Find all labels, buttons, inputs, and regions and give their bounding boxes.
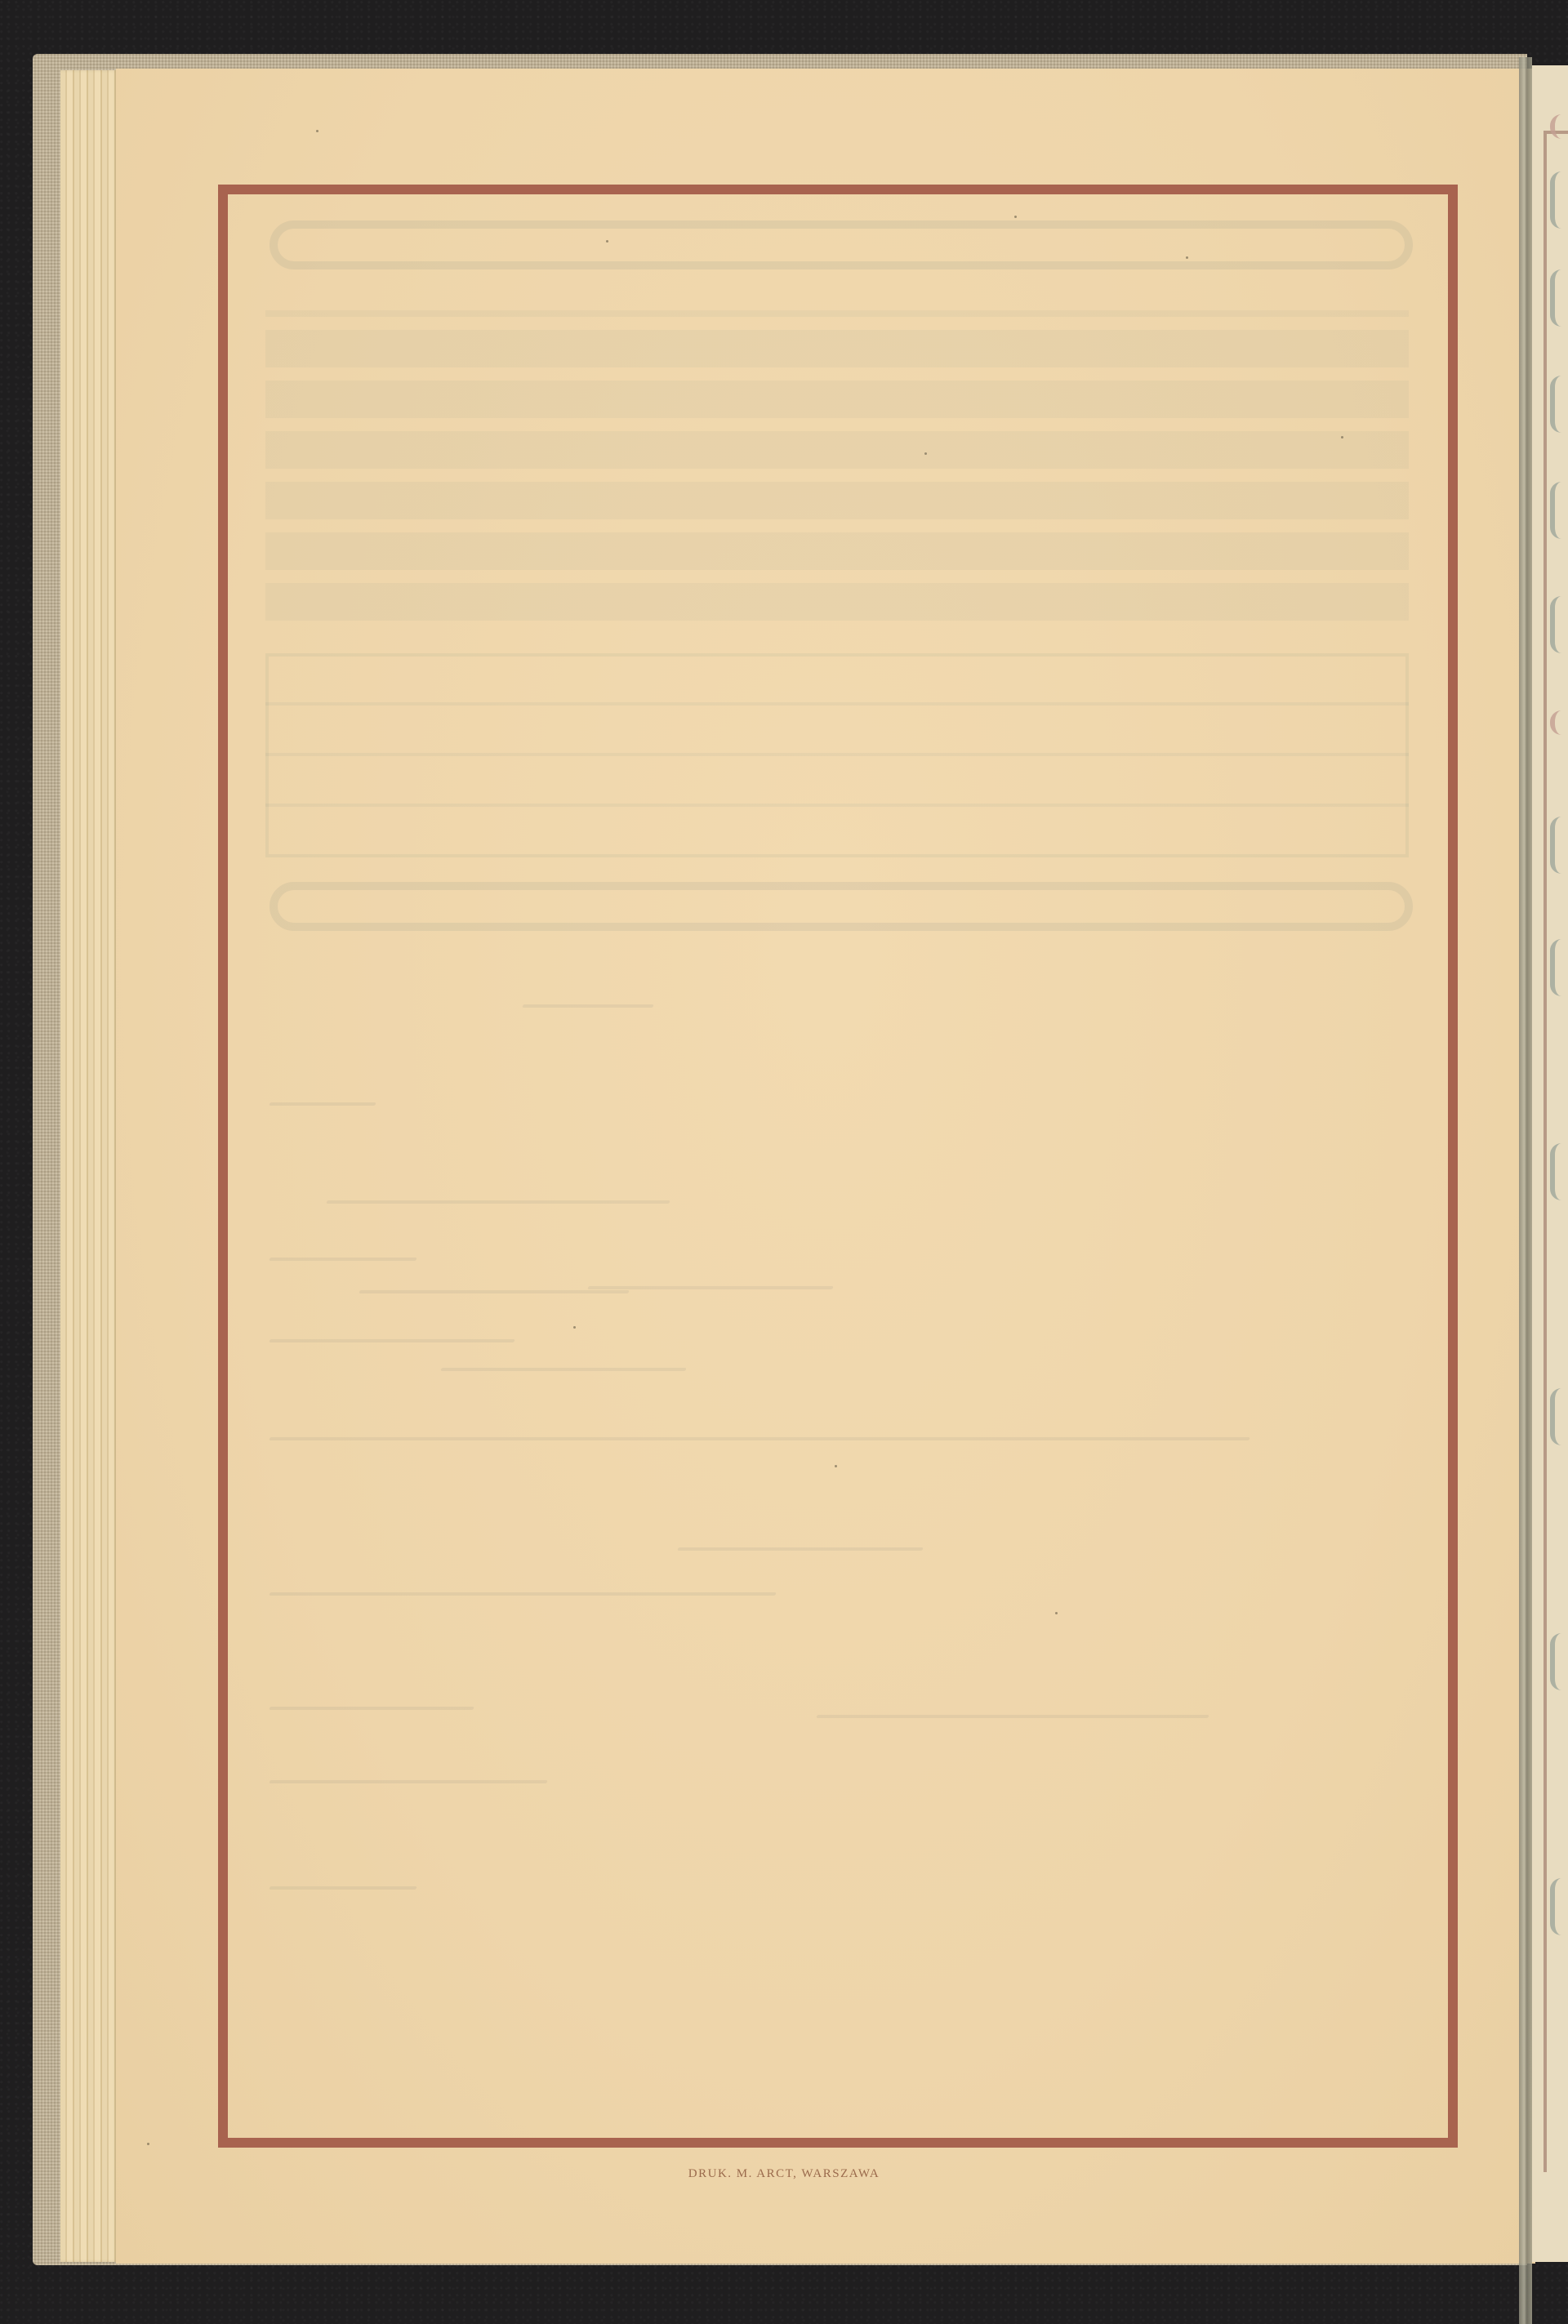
facing-page-ornament bbox=[1550, 482, 1568, 539]
paper-speck bbox=[147, 2143, 149, 2145]
page-stack-edges bbox=[60, 70, 118, 2262]
printer-imprint: DRUK. M. ARCT, WARSZAWA bbox=[0, 2167, 1568, 2181]
facing-page-ornament bbox=[1550, 1878, 1568, 1935]
facing-page-ornament bbox=[1550, 171, 1568, 229]
facing-page-ornament bbox=[1550, 376, 1568, 433]
facing-page-ornament bbox=[1550, 1143, 1568, 1200]
facing-page-ornament bbox=[1550, 710, 1568, 735]
facing-page-ornament bbox=[1550, 1388, 1568, 1445]
facing-page-ornament bbox=[1550, 596, 1568, 653]
facing-page-ornament bbox=[1550, 269, 1568, 327]
facing-page-ornament bbox=[1550, 939, 1568, 996]
facing-page-ornament bbox=[1550, 817, 1568, 874]
facing-page-ornament bbox=[1550, 114, 1568, 139]
facing-page-ornament bbox=[1550, 1633, 1568, 1690]
paper-speck bbox=[316, 130, 318, 132]
decorative-border bbox=[218, 185, 1458, 2148]
scanner-glass-edge bbox=[1519, 57, 1532, 2324]
